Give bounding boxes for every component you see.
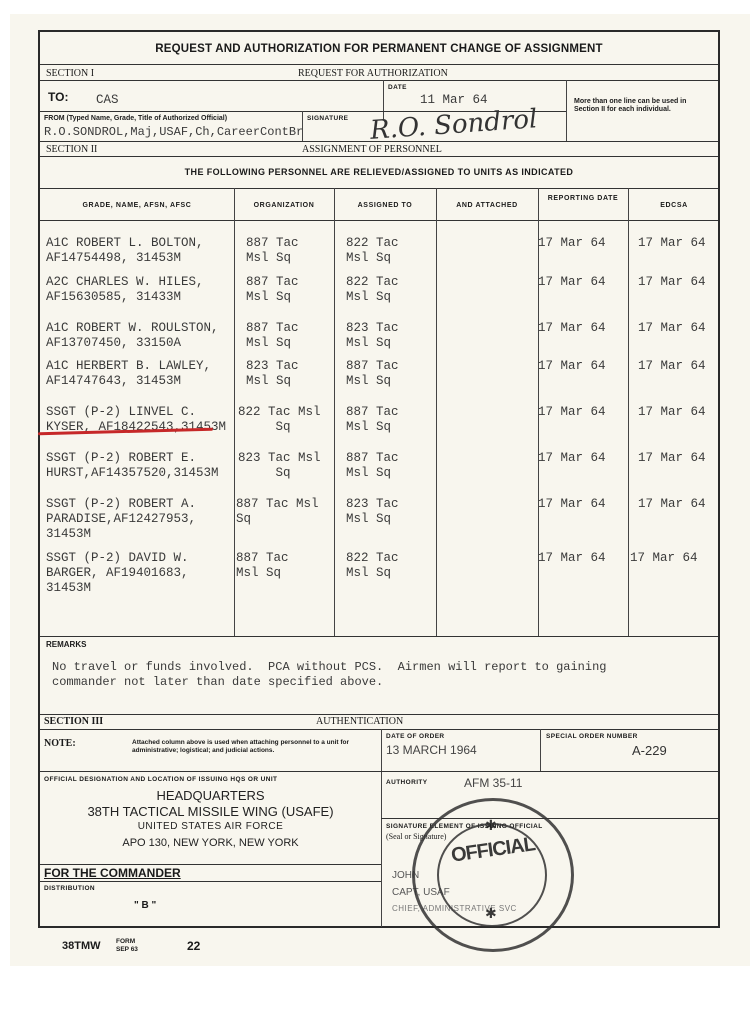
note-label: NOTE: — [44, 738, 76, 749]
form-number: 22 — [187, 939, 200, 953]
row-organization: 887 Tac Msl Sq — [236, 551, 289, 581]
row-assigned: 887 Tac Msl Sq — [346, 451, 399, 481]
row-name: A2C CHARLES W. HILES, AF15630585, 31433M — [46, 275, 204, 305]
for-the-commander: FOR THE COMMANDER — [44, 866, 181, 880]
row-edcsa: 17 Mar 64 — [638, 405, 706, 420]
form-title: REQUEST AND AUTHORIZATION FOR PERMANENT … — [40, 43, 718, 55]
pcs-form: REQUEST AND AUTHORIZATION FOR PERMANENT … — [38, 30, 720, 928]
hq-line-4: APO 130, NEW YORK, NEW YORK — [40, 837, 381, 849]
row-reporting: 17 Mar 64 — [538, 497, 606, 512]
row-reporting: 17 Mar 64 — [538, 359, 606, 374]
hq-line-1: HEADQUARTERS — [40, 788, 381, 803]
authority-value: AFM 35-11 — [464, 776, 522, 790]
col-header-edcsa: EDCSA — [628, 202, 720, 209]
date-label: DATE — [388, 84, 407, 91]
row-reporting: 17 Mar 64 — [538, 275, 606, 290]
row-edcsa: 17 Mar 64 — [638, 359, 706, 374]
row-name: A1C ROBERT L. BOLTON, AF14754498, 31453M — [46, 236, 204, 266]
special-order-label: SPECIAL ORDER NUMBER — [546, 733, 638, 740]
col-header-assigned: ASSIGNED TO — [334, 202, 436, 209]
date-of-order-value: 13 MARCH 1964 — [386, 743, 477, 757]
row-assigned: 823 Tac Msl Sq — [346, 497, 399, 527]
row-assigned: 822 Tac Msl Sq — [346, 551, 399, 581]
note-text: Attached column above is used when attac… — [132, 739, 357, 755]
row-edcsa: 17 Mar 64 — [638, 275, 706, 290]
section-1-heading: REQUEST FOR AUTHORIZATION — [298, 68, 448, 79]
row-assigned: 822 Tac Msl Sq — [346, 236, 399, 266]
section-2-subheading: THE FOLLOWING PERSONNEL ARE RELIEVED/ASS… — [40, 167, 718, 177]
to-value: CAS — [96, 93, 119, 108]
row-name: A1C ROBERT W. ROULSTON, AF13707450, 3315… — [46, 321, 219, 351]
official-seal-stamp: OFFICIAL ✱ ✱ — [412, 798, 574, 952]
row-organization: 887 Tac Msl Sq — [246, 275, 299, 305]
row-name: SSGT (P-2) ROBERT E. HURST,AF14357520,31… — [46, 451, 219, 481]
form-id: 38TMW — [62, 940, 101, 952]
to-label: TO: — [48, 90, 68, 104]
form-label: FORM — [116, 938, 135, 945]
row-organization: 823 Tac Msl Sq — [246, 359, 299, 389]
row-reporting: 17 Mar 64 — [538, 451, 606, 466]
section-2-heading: ASSIGNMENT OF PERSONNEL — [302, 144, 442, 155]
row-edcsa: 17 Mar 64 — [638, 451, 706, 466]
row-edcsa: 17 Mar 64 — [638, 321, 706, 336]
form-date: SEP 63 — [116, 946, 138, 953]
row-organization: 823 Tac Msl Sq — [238, 451, 321, 481]
row-reporting: 17 Mar 64 — [538, 321, 606, 336]
star-icon: ✱ — [485, 817, 497, 834]
star-icon: ✱ — [485, 905, 497, 922]
request-date: 11 Mar 64 — [420, 93, 488, 108]
row-edcsa: 17 Mar 64 — [630, 551, 698, 566]
remarks-text: No travel or funds involved. PCA without… — [52, 660, 607, 690]
date-of-order-label: DATE OF ORDER — [386, 733, 445, 740]
row-name: SSGT (P-2) ROBERT A. PARADISE,AF12427953… — [46, 497, 196, 542]
designation-label: OFFICIAL DESIGNATION AND LOCATION OF ISS… — [44, 776, 277, 783]
col-header-organization: ORGANIZATION — [234, 202, 334, 209]
row-organization: 887 Tac Msl Sq — [246, 321, 299, 351]
row-edcsa: 17 Mar 64 — [638, 497, 706, 512]
hq-line-2: 38TH TACTICAL MISSILE WING (USAFE) — [40, 804, 381, 819]
distribution-value: " B " — [134, 900, 156, 911]
row-assigned: 822 Tac Msl Sq — [346, 275, 399, 305]
row-edcsa: 17 Mar 64 — [638, 236, 706, 251]
authority-label: AUTHORITY — [386, 779, 428, 786]
row-assigned: 887 Tac Msl Sq — [346, 359, 399, 389]
row-organization: 887 Tac Msl Sq — [236, 497, 319, 527]
row-name: A1C HERBERT B. LAWLEY, AF14747643, 31453… — [46, 359, 211, 389]
section-2-label: SECTION II — [46, 144, 97, 155]
section-note: More than one line can be used in Sectio… — [574, 98, 694, 114]
section-3-heading: AUTHENTICATION — [316, 716, 403, 727]
row-organization: 822 Tac Msl Sq — [238, 405, 321, 435]
section-3-label: SECTION III — [44, 716, 103, 727]
row-reporting: 17 Mar 64 — [538, 236, 606, 251]
section-1-label: SECTION I — [46, 68, 94, 79]
from-label: FROM (Typed Name, Grade, Title of Author… — [44, 115, 227, 122]
row-assigned: 823 Tac Msl Sq — [346, 321, 399, 351]
remarks-label: REMARKS — [46, 640, 86, 649]
row-organization: 887 Tac Msl Sq — [246, 236, 299, 266]
col-header-attached: AND ATTACHED — [436, 202, 538, 209]
special-order-number: A-229 — [632, 743, 667, 758]
distribution-label: DISTRIBUTION — [44, 885, 95, 892]
from-value: R.O.SONDROL,Maj,USAF,Ch,CareerContBr — [44, 125, 303, 140]
row-assigned: 887 Tac Msl Sq — [346, 405, 399, 435]
hq-line-3: UNITED STATES AIR FORCE — [40, 821, 381, 832]
col-header-name: GRADE, NAME, AFSN, AFSC — [40, 202, 234, 209]
row-reporting: 17 Mar 64 — [538, 405, 606, 420]
signature-label: SIGNATURE — [307, 115, 348, 122]
row-reporting: 17 Mar 64 — [538, 551, 606, 566]
col-header-reporting: REPORTING DATE — [538, 194, 628, 204]
row-name: SSGT (P-2) DAVID W. BARGER, AF19401683, … — [46, 551, 189, 596]
